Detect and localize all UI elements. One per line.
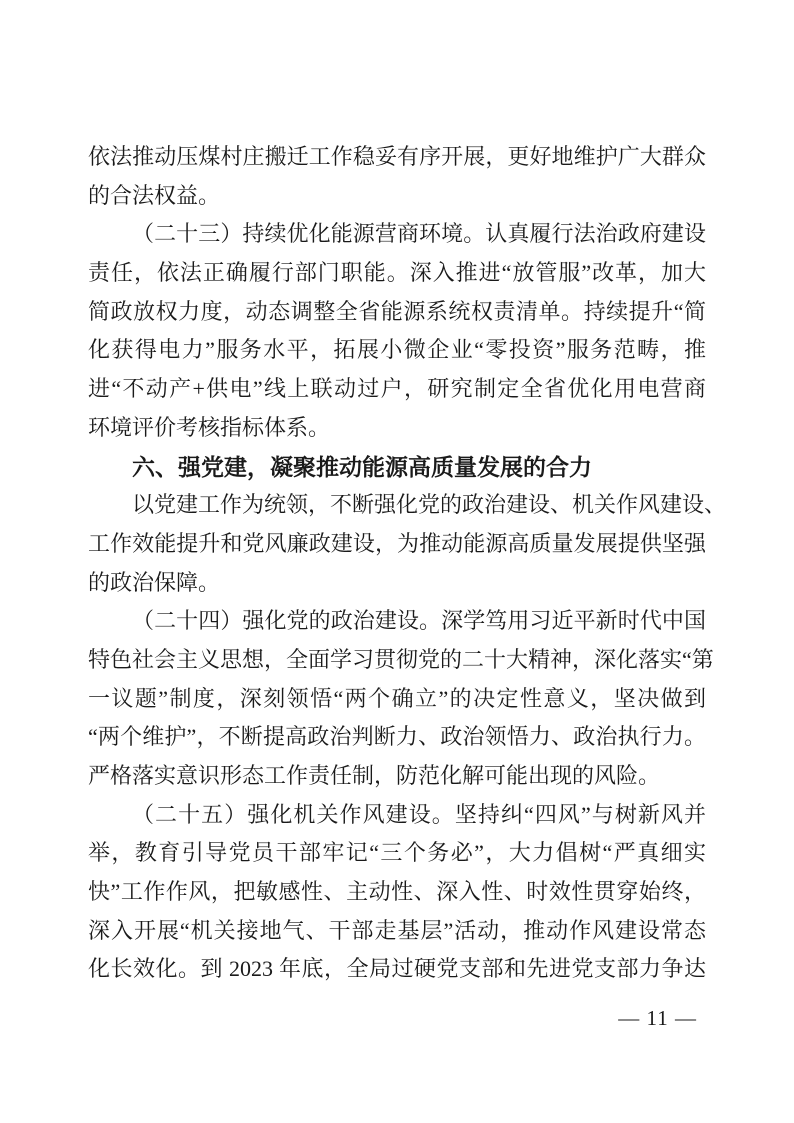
text-line: 特色社会主义思想，全面学习贯彻党的二十大精神，深化落实“第 bbox=[88, 641, 706, 680]
text-line: 严格落实意识形态工作责任制，防范化解可能出现的风险。 bbox=[88, 757, 706, 796]
text-line: 环境评价考核指标体系。 bbox=[88, 409, 706, 448]
text-line: 责任，依法正确履行部门职能。深入推进“放管服”改革，加大 bbox=[88, 254, 706, 293]
text-line: 的政治保障。 bbox=[88, 564, 706, 603]
text-line: 简政放权力度，动态调整全省能源系统权责清单。持续提升“简 bbox=[88, 293, 706, 332]
text-line: 举，教育引导党员干部牢记“三个务必”，大力倡树“严真细实 bbox=[88, 834, 706, 873]
text-line: 以党建工作为统领，不断强化党的政治建设、机关作风建设、 bbox=[88, 486, 706, 525]
text-line: （二十三）持续优化能源营商环境。认真履行法治政府建设 bbox=[88, 215, 706, 254]
text-line: 工作效能提升和党风廉政建设，为推动能源高质量发展提供坚强 bbox=[88, 525, 706, 564]
document-body: 依法推动压煤村庄搬迁工作稳妥有序开展，更好地维护广大群众 的合法权益。 （二十三… bbox=[88, 138, 706, 989]
document-page: 依法推动压煤村庄搬迁工作稳妥有序开展，更好地维护广大群众 的合法权益。 （二十三… bbox=[0, 0, 794, 1123]
text-line: 进“不动产+供电”线上联动过户，研究制定全省优化用电营商 bbox=[88, 370, 706, 409]
text-line: （二十四）强化党的政治建设。深学笃用习近平新时代中国 bbox=[88, 602, 706, 641]
text-line: 的合法权益。 bbox=[88, 177, 706, 216]
text-line: 化获得电力”服务水平，拓展小微企业“零投资”服务范畴，推 bbox=[88, 331, 706, 370]
text-line: 一议题”制度，深刻领悟“两个确立”的决定性意义，坚决做到 bbox=[88, 680, 706, 719]
text-line: 化长效化。到 2023 年底，全局过硬党支部和先进党支部力争达 bbox=[88, 950, 706, 989]
page-number: — 11 — bbox=[618, 1003, 697, 1033]
text-line: “两个维护”，不断提高政治判断力、政治领悟力、政治执行力。 bbox=[88, 718, 706, 757]
section-heading: 六、强党建，凝聚推动能源高质量发展的合力 bbox=[88, 448, 706, 487]
text-line: 依法推动压煤村庄搬迁工作稳妥有序开展，更好地维护广大群众 bbox=[88, 138, 706, 177]
text-line: 快”工作作风，把敏感性、主动性、深入性、时效性贯穿始终， bbox=[88, 873, 706, 912]
text-line: 深入开展“机关接地气、干部走基层”活动，推动作风建设常态 bbox=[88, 912, 706, 951]
text-line: （二十五）强化机关作风建设。坚持纠“四风”与树新风并 bbox=[88, 796, 706, 835]
